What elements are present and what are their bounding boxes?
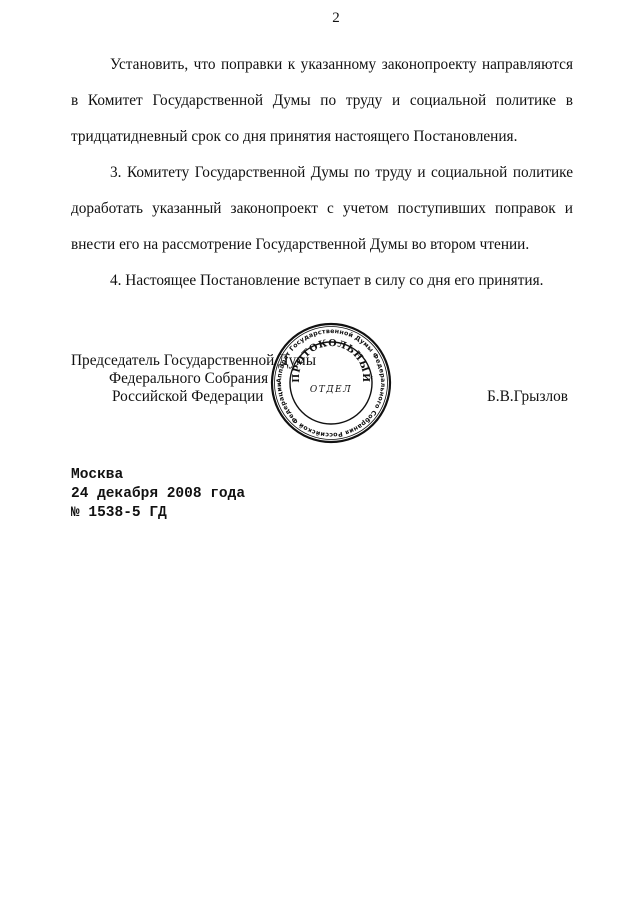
paragraph-4-effective-date: 4. Настоящее Постановление вступает в си… — [71, 263, 573, 299]
page-number: 2 — [0, 10, 640, 27]
footer-document-number: № 1538-5 ГД — [71, 504, 245, 523]
official-stamp-icon: Аппарат Государственной Думы Федеральног… — [270, 322, 392, 444]
footer-date: 24 декабря 2008 года — [71, 485, 245, 504]
document-body: Установить, что поправки к указанному за… — [71, 47, 573, 299]
stamp-center-text: ОТДЕЛ — [310, 385, 352, 395]
footer-city: Москва — [71, 466, 245, 485]
paragraph-3-committee-task: 3. Комитету Государственной Думы по труд… — [71, 155, 573, 263]
signer-name: Б.В.Грызлов — [487, 388, 568, 406]
document-footer: Москва 24 декабря 2008 года № 1538-5 ГД — [71, 466, 245, 523]
paragraph-amendments-deadline: Установить, что поправки к указанному за… — [71, 47, 573, 155]
